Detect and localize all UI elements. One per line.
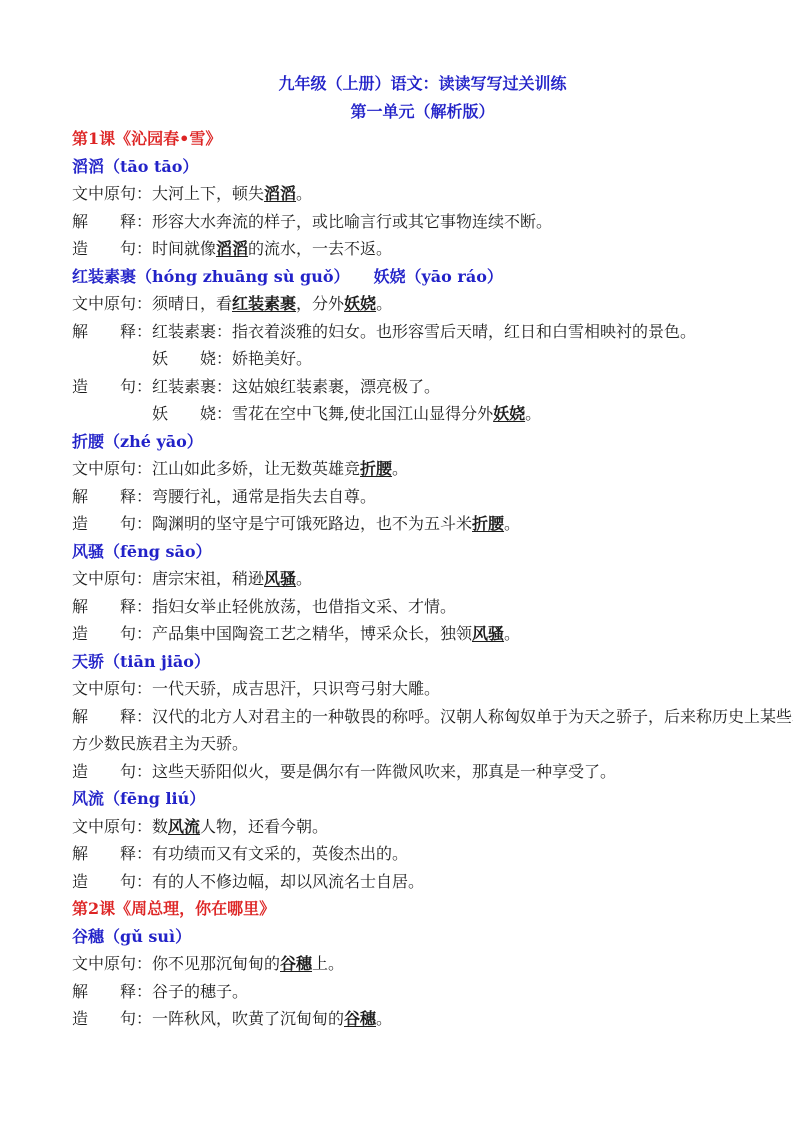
text-segment: 解 释：弯腰行礼，通常是指失去自尊。 xyxy=(72,487,376,506)
emphasized-word: 风骚 xyxy=(472,624,504,643)
text-line: 文中原句：唐宗宋祖，稍逊风骚。 xyxy=(72,565,733,593)
text-segment: 文中原句：唐宗宋祖，稍逊 xyxy=(72,569,264,588)
section-heading: 第1课《沁园春•雪》 xyxy=(72,125,733,153)
text-segment: 解 释：红装素裹：指衣着淡雅的妇女。也形容雪后天晴，红日和白雪相映衬的景色。 xyxy=(72,322,696,341)
document-body: 第1课《沁园春•雪》滔滔（tāo tāo）文中原句：大河上下，顿失滔滔。解 释：… xyxy=(72,125,733,1033)
text-line: 造 句：红装素裹：这姑娘红装素裹，漂亮极了。 xyxy=(72,373,733,401)
text-segment: 解 释：形容大水奔流的样子，或比喻言行或其它事物连续不断。 xyxy=(72,212,552,231)
text-line: 造 句：陶渊明的坚守是宁可饿死路边，也不为五斗米折腰。 xyxy=(72,510,733,538)
text-segment: 解 释：谷子的穗子。 xyxy=(72,982,248,1001)
doc-subtitle: 第一单元（解析版） xyxy=(92,98,753,126)
emphasized-word: 滔滔 xyxy=(264,184,296,203)
text-line: 文中原句：你不见那沉甸甸的谷穗上。 xyxy=(72,950,733,978)
text-segment: 。 xyxy=(376,1009,392,1028)
text-line: 解 释：弯腰行礼，通常是指失去自尊。 xyxy=(72,483,733,511)
emphasized-word: 折腰 xyxy=(360,459,392,478)
text-segment: 妖 娆：雪花在空中飞舞,使北国江山显得分外 xyxy=(152,404,493,423)
text-line: 妖 娆：娇艳美好。 xyxy=(72,345,733,373)
section-heading: 第2课《周总理，你在哪里》 xyxy=(72,895,733,923)
text-segment: 造 句：有的人不修边幅，却以风流名士自居。 xyxy=(72,872,424,891)
emphasized-word: 谷穗 xyxy=(280,954,312,973)
text-line: 文中原句：江山如此多娇，让无数英雄竞折腰。 xyxy=(72,455,733,483)
text-line: 文中原句：数风流人物，还看今朝。 xyxy=(72,813,733,841)
text-line: 解 释：红装素裹：指衣着淡雅的妇女。也形容雪后天晴，红日和白雪相映衬的景色。 xyxy=(72,318,733,346)
text-segment: ，分外 xyxy=(296,294,344,313)
text-segment: 上。 xyxy=(312,954,344,973)
text-line: 文中原句：须晴日，看红装素裹，分外妖娆。 xyxy=(72,290,733,318)
text-segment: 。 xyxy=(504,514,520,533)
emphasized-word: 风流 xyxy=(168,817,200,836)
doc-title: 九年级（上册）语文：读读写写过关训练 xyxy=(92,70,753,98)
emphasized-word: 妖娆 xyxy=(344,294,376,313)
word-heading: 谷穗（gǔ suì） xyxy=(72,923,733,951)
emphasized-word: 风骚 xyxy=(264,569,296,588)
emphasized-word: 折腰 xyxy=(472,514,504,533)
text-segment: 。 xyxy=(504,624,520,643)
text-segment: 造 句：陶渊明的坚守是宁可饿死路边，也不为五斗米 xyxy=(72,514,472,533)
text-line: 解 释：汉代的北方人对君主的一种敬畏的称呼。汉朝人称匈奴单于为天之骄子，后来称历… xyxy=(72,703,733,731)
text-line: 解 释：谷子的穗子。 xyxy=(72,978,733,1006)
text-line: 解 释：指妇女举止轻佻放荡，也借指文采、才情。 xyxy=(72,593,733,621)
word-heading: 天骄（tiān jiāo） xyxy=(72,648,733,676)
text-line: 方少数民族君主为天骄。 xyxy=(72,730,733,758)
text-line: 造 句：有的人不修边幅，却以风流名士自居。 xyxy=(72,868,733,896)
emphasized-word: 妖娆 xyxy=(493,404,525,423)
word-heading: 滔滔（tāo tāo） xyxy=(72,153,733,181)
word-heading: 红装素裹（hóng zhuāng sù guǒ） 妖娆（yāo ráo） xyxy=(72,263,733,291)
text-segment: 解 释：汉代的北方人对君主的一种敬畏的称呼。汉朝人称匈奴单于为天之骄子，后来称历… xyxy=(72,707,793,726)
text-line: 造 句：一阵秋风，吹黄了沉甸甸的谷穗。 xyxy=(72,1005,733,1033)
word-heading: 风流（fēng liú） xyxy=(72,785,733,813)
text-line: 文中原句：一代天骄，成吉思汗，只识弯弓射大雕。 xyxy=(72,675,733,703)
text-segment: 。 xyxy=(392,459,408,478)
text-segment: 文中原句：江山如此多娇，让无数英雄竞 xyxy=(72,459,360,478)
text-line: 造 句：时间就像滔滔的流水，一去不返。 xyxy=(72,235,733,263)
text-segment: 。 xyxy=(525,404,541,423)
document-page: 九年级（上册）语文：读读写写过关训练 第一单元（解析版） 第1课《沁园春•雪》滔… xyxy=(0,0,793,1122)
text-segment: 造 句：时间就像 xyxy=(72,239,216,258)
text-line: 解 释：形容大水奔流的样子，或比喻言行或其它事物连续不断。 xyxy=(72,208,733,236)
text-segment: 方少数民族君主为天骄。 xyxy=(72,734,248,753)
text-segment: 。 xyxy=(296,184,312,203)
text-segment: 造 句：红装素裹：这姑娘红装素裹，漂亮极了。 xyxy=(72,377,440,396)
text-segment: 文中原句：一代天骄，成吉思汗，只识弯弓射大雕。 xyxy=(72,679,440,698)
text-segment: 解 释：指妇女举止轻佻放荡，也借指文采、才情。 xyxy=(72,597,456,616)
text-line: 造 句：产品集中国陶瓷工艺之精华，博采众长，独领风骚。 xyxy=(72,620,733,648)
emphasized-word: 红装素裹 xyxy=(232,294,296,313)
text-segment: 的流水，一去不返。 xyxy=(248,239,392,258)
text-line: 文中原句：大河上下，顿失滔滔。 xyxy=(72,180,733,208)
text-segment: 造 句：这些天骄阳似火，要是偶尔有一阵微风吹来，那真是一种享受了。 xyxy=(72,762,616,781)
text-segment: 造 句：一阵秋风，吹黄了沉甸甸的 xyxy=(72,1009,344,1028)
text-line: 解 释：有功绩而又有文采的，英俊杰出的。 xyxy=(72,840,733,868)
text-segment: 文中原句：大河上下，顿失 xyxy=(72,184,264,203)
text-line: 妖 娆：雪花在空中飞舞,使北国江山显得分外妖娆。 xyxy=(72,400,733,428)
text-segment: 文中原句：数 xyxy=(72,817,168,836)
text-segment: 妖 娆：娇艳美好。 xyxy=(152,349,312,368)
text-segment: 文中原句：你不见那沉甸甸的 xyxy=(72,954,280,973)
text-segment: 造 句：产品集中国陶瓷工艺之精华，博采众长，独领 xyxy=(72,624,472,643)
emphasized-word: 滔滔 xyxy=(216,239,248,258)
text-line: 造 句：这些天骄阳似火，要是偶尔有一阵微风吹来，那真是一种享受了。 xyxy=(72,758,733,786)
word-heading: 折腰（zhé yāo） xyxy=(72,428,733,456)
word-heading: 风骚（fēng sāo） xyxy=(72,538,733,566)
text-segment: 文中原句：须晴日，看 xyxy=(72,294,232,313)
text-segment: 人物，还看今朝。 xyxy=(200,817,328,836)
text-segment: 。 xyxy=(376,294,392,313)
emphasized-word: 谷穗 xyxy=(344,1009,376,1028)
text-segment: 。 xyxy=(296,569,312,588)
text-segment: 解 释：有功绩而又有文采的，英俊杰出的。 xyxy=(72,844,408,863)
